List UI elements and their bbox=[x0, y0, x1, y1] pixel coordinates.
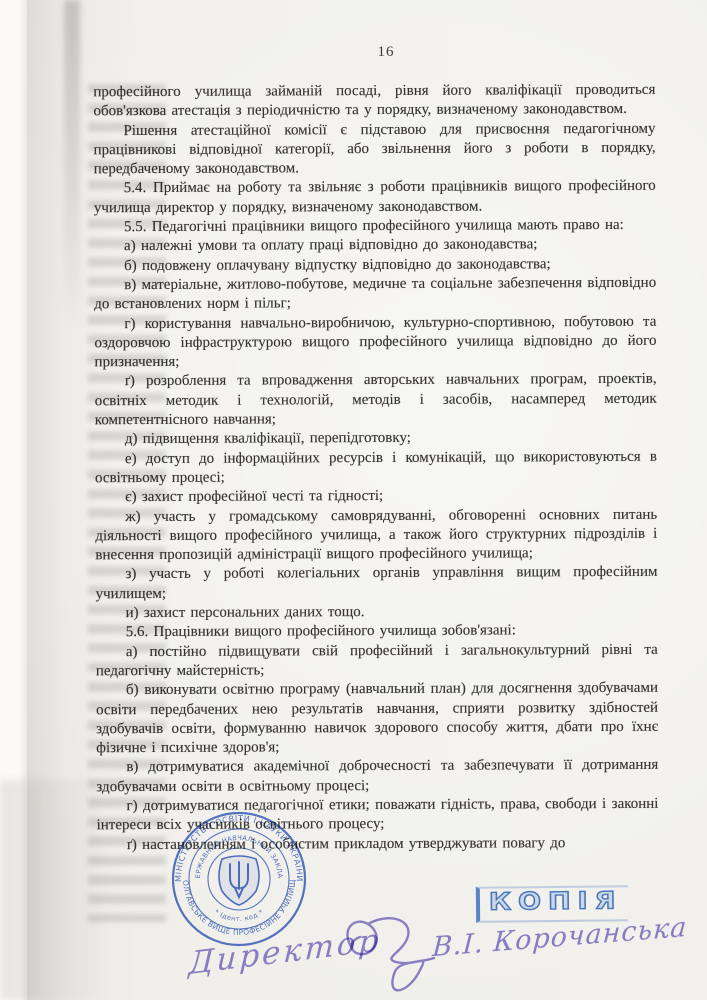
paragraph-18: б) виконувати освітню програму (навчальн… bbox=[96, 679, 658, 759]
page-crease-shadow bbox=[64, 0, 80, 360]
trident-shield-icon bbox=[219, 856, 259, 905]
scanned-document-page: { "page": { "number": "16", "paragraphs"… bbox=[0, 0, 707, 1000]
copy-stamp-label: КОПІЯ bbox=[489, 890, 623, 914]
paragraph-2: Рішення атестаційної комісії є підставою… bbox=[93, 119, 655, 179]
paragraph-16: 5.6. Працівники вищого професійного учил… bbox=[96, 621, 658, 643]
paragraph-8: г) користування навчально-виробничою, ку… bbox=[94, 312, 656, 372]
paragraph-9: ґ) розроблення та впровадження авторськи… bbox=[95, 370, 657, 430]
paragraph-15: и) захист персональних даних тощо. bbox=[96, 602, 658, 624]
paragraph-12: є) захист професійної честі та гідності; bbox=[95, 486, 657, 508]
paragraph-17: а) постійно підвищувати свій професійний… bbox=[96, 640, 658, 681]
paragraph-11: е) доступ до інформаційних ресурсів і ко… bbox=[95, 447, 657, 488]
copy-stamp: КОПІЯ bbox=[476, 885, 629, 923]
paragraph-19: в) дотримуватися академічної доброчеснос… bbox=[96, 756, 658, 797]
paragraph-13: ж) участь у громадському самоврядуванні,… bbox=[95, 505, 657, 565]
paragraph-14: з) участь у роботі колегіальних органів … bbox=[95, 563, 657, 604]
document-body: професійного училища займаній посаді, рі… bbox=[93, 81, 658, 855]
paragraph-4: 5.5. Педагогічні працівники вищого профе… bbox=[94, 216, 656, 238]
official-round-stamp: МІНІСТЕРСТВО ОСВІТИ І НАУКИ УКРАЇНИ * ПО… bbox=[163, 811, 315, 949]
paragraph-10: д) підвищення кваліфікації, перепідготов… bbox=[95, 428, 657, 450]
page-number: 16 bbox=[95, 44, 677, 61]
paragraph-7: в) матеріальне, житлово-побутове, медичн… bbox=[94, 274, 656, 315]
paragraph-1: професійного училища займаній посаді, рі… bbox=[93, 81, 655, 122]
page-edge-shadow bbox=[0, 780, 110, 1000]
paragraph-3: 5.4. Приймає на роботу та звільняє з роб… bbox=[94, 177, 656, 218]
paragraph-5: а) належні умови та оплату праці відпові… bbox=[94, 235, 656, 257]
paragraph-6: б) подовжену оплачувану відпустку відпов… bbox=[94, 254, 656, 276]
